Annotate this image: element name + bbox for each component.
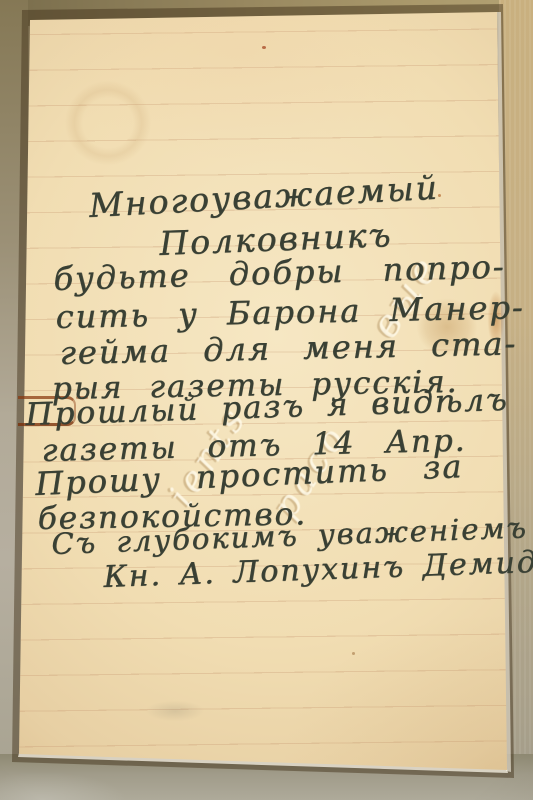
speck bbox=[262, 46, 266, 49]
photograph-of-letter: вые ients расо Многоуважаемый Полковникъ… bbox=[0, 0, 533, 800]
speck bbox=[352, 652, 355, 655]
smudge bbox=[138, 698, 212, 724]
smudge bbox=[48, 64, 168, 182]
